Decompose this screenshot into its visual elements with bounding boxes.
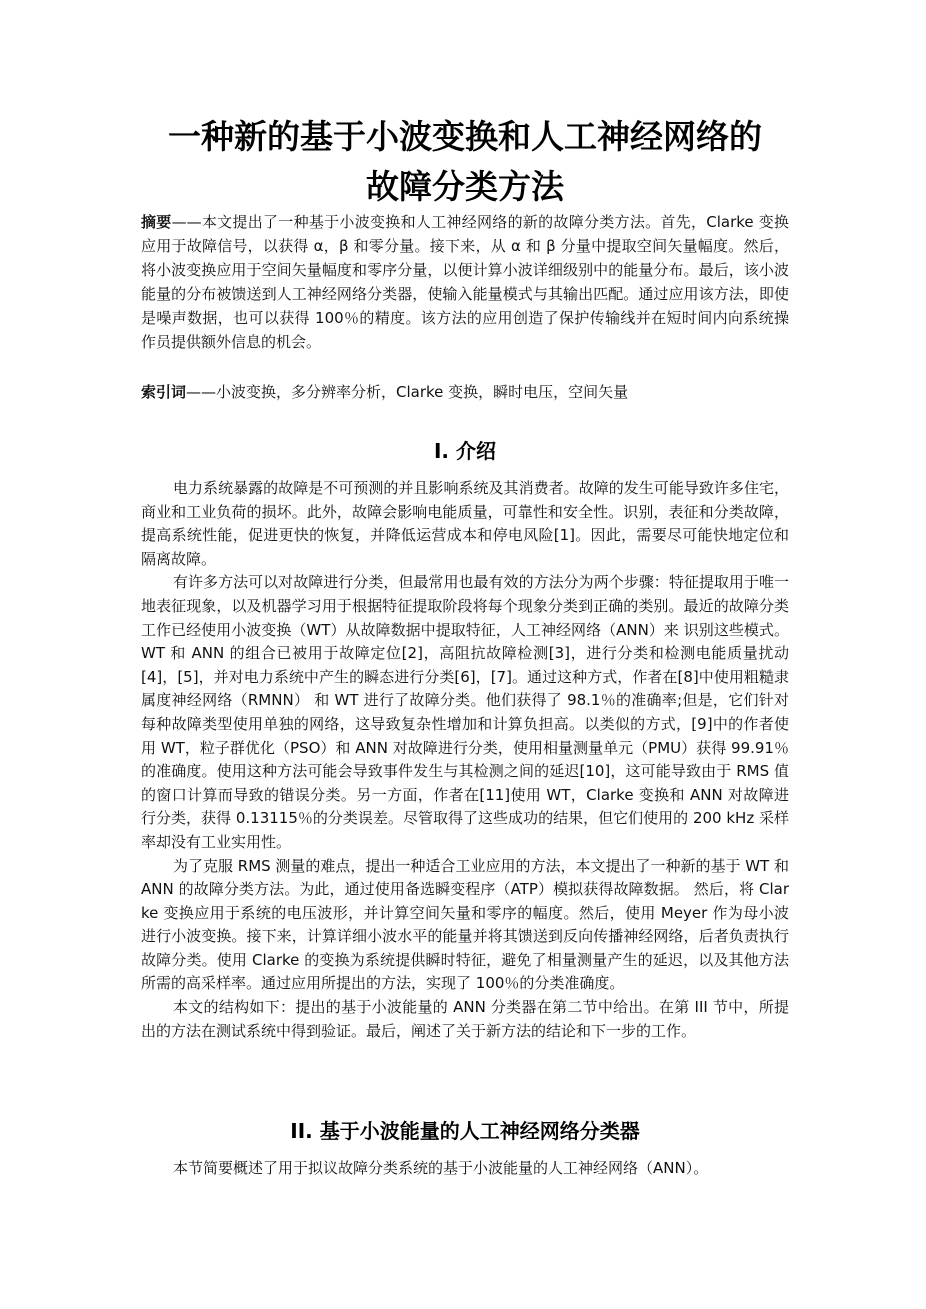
abstract: 摘要——本文提出了一种基于小波变换和人工神经网络的新的故障分类方法。首先，Cla… [141, 210, 789, 354]
abstract-text: 本文提出了一种基于小波变换和人工神经网络的新的故障分类方法。首先，Clarke … [141, 213, 789, 351]
paragraph: 为了克服 RMS 测量的难点，提出一种适合工业应用的方法，本文提出了一种新的基于… [141, 855, 789, 997]
index-terms-dash: —— [186, 383, 216, 401]
paragraph: 本节简要概述了用于拟议故障分类系统的基于小波能量的人工神经网络（ANN）。 [141, 1157, 789, 1181]
paragraph: 本文的结构如下：提出的基于小波能量的 ANN 分类器在第二节中给出。在第 III… [141, 996, 789, 1043]
index-terms-label: 索引词 [141, 383, 186, 401]
section-body-introduction: 电力系统暴露的故障是不可预测的并且影响系统及其消费者。故障的发生可能导致许多住宅… [141, 477, 789, 1043]
abstract-label: 摘要 [141, 213, 172, 231]
section-heading-ann-classifier: II. 基于小波能量的人工神经网络分类器 [141, 1117, 789, 1145]
section-body-ann-classifier: 本节简要概述了用于拟议故障分类系统的基于小波能量的人工神经网络（ANN）。 [141, 1157, 789, 1181]
paragraph: 有许多方法可以对故障进行分类，但最常用也最有效的方法分为两个步骤：特征提取用于唯… [141, 571, 789, 854]
abstract-dash: —— [172, 213, 202, 231]
index-terms: 索引词——小波变换，多分辨率分析，Clarke 变换，瞬时电压，空间矢量 [141, 380, 789, 404]
title-line-1: 一种新的基于小波变换和人工神经网络的 [141, 112, 789, 162]
paragraph: 电力系统暴露的故障是不可预测的并且影响系统及其消费者。故障的发生可能导致许多住宅… [141, 477, 789, 571]
section-heading-introduction: I. 介绍 [141, 437, 789, 465]
paper-title: 一种新的基于小波变换和人工神经网络的 故障分类方法 [141, 112, 789, 212]
index-terms-text: 小波变换，多分辨率分析，Clarke 变换，瞬时电压，空间矢量 [216, 383, 628, 401]
title-line-2: 故障分类方法 [141, 162, 789, 212]
